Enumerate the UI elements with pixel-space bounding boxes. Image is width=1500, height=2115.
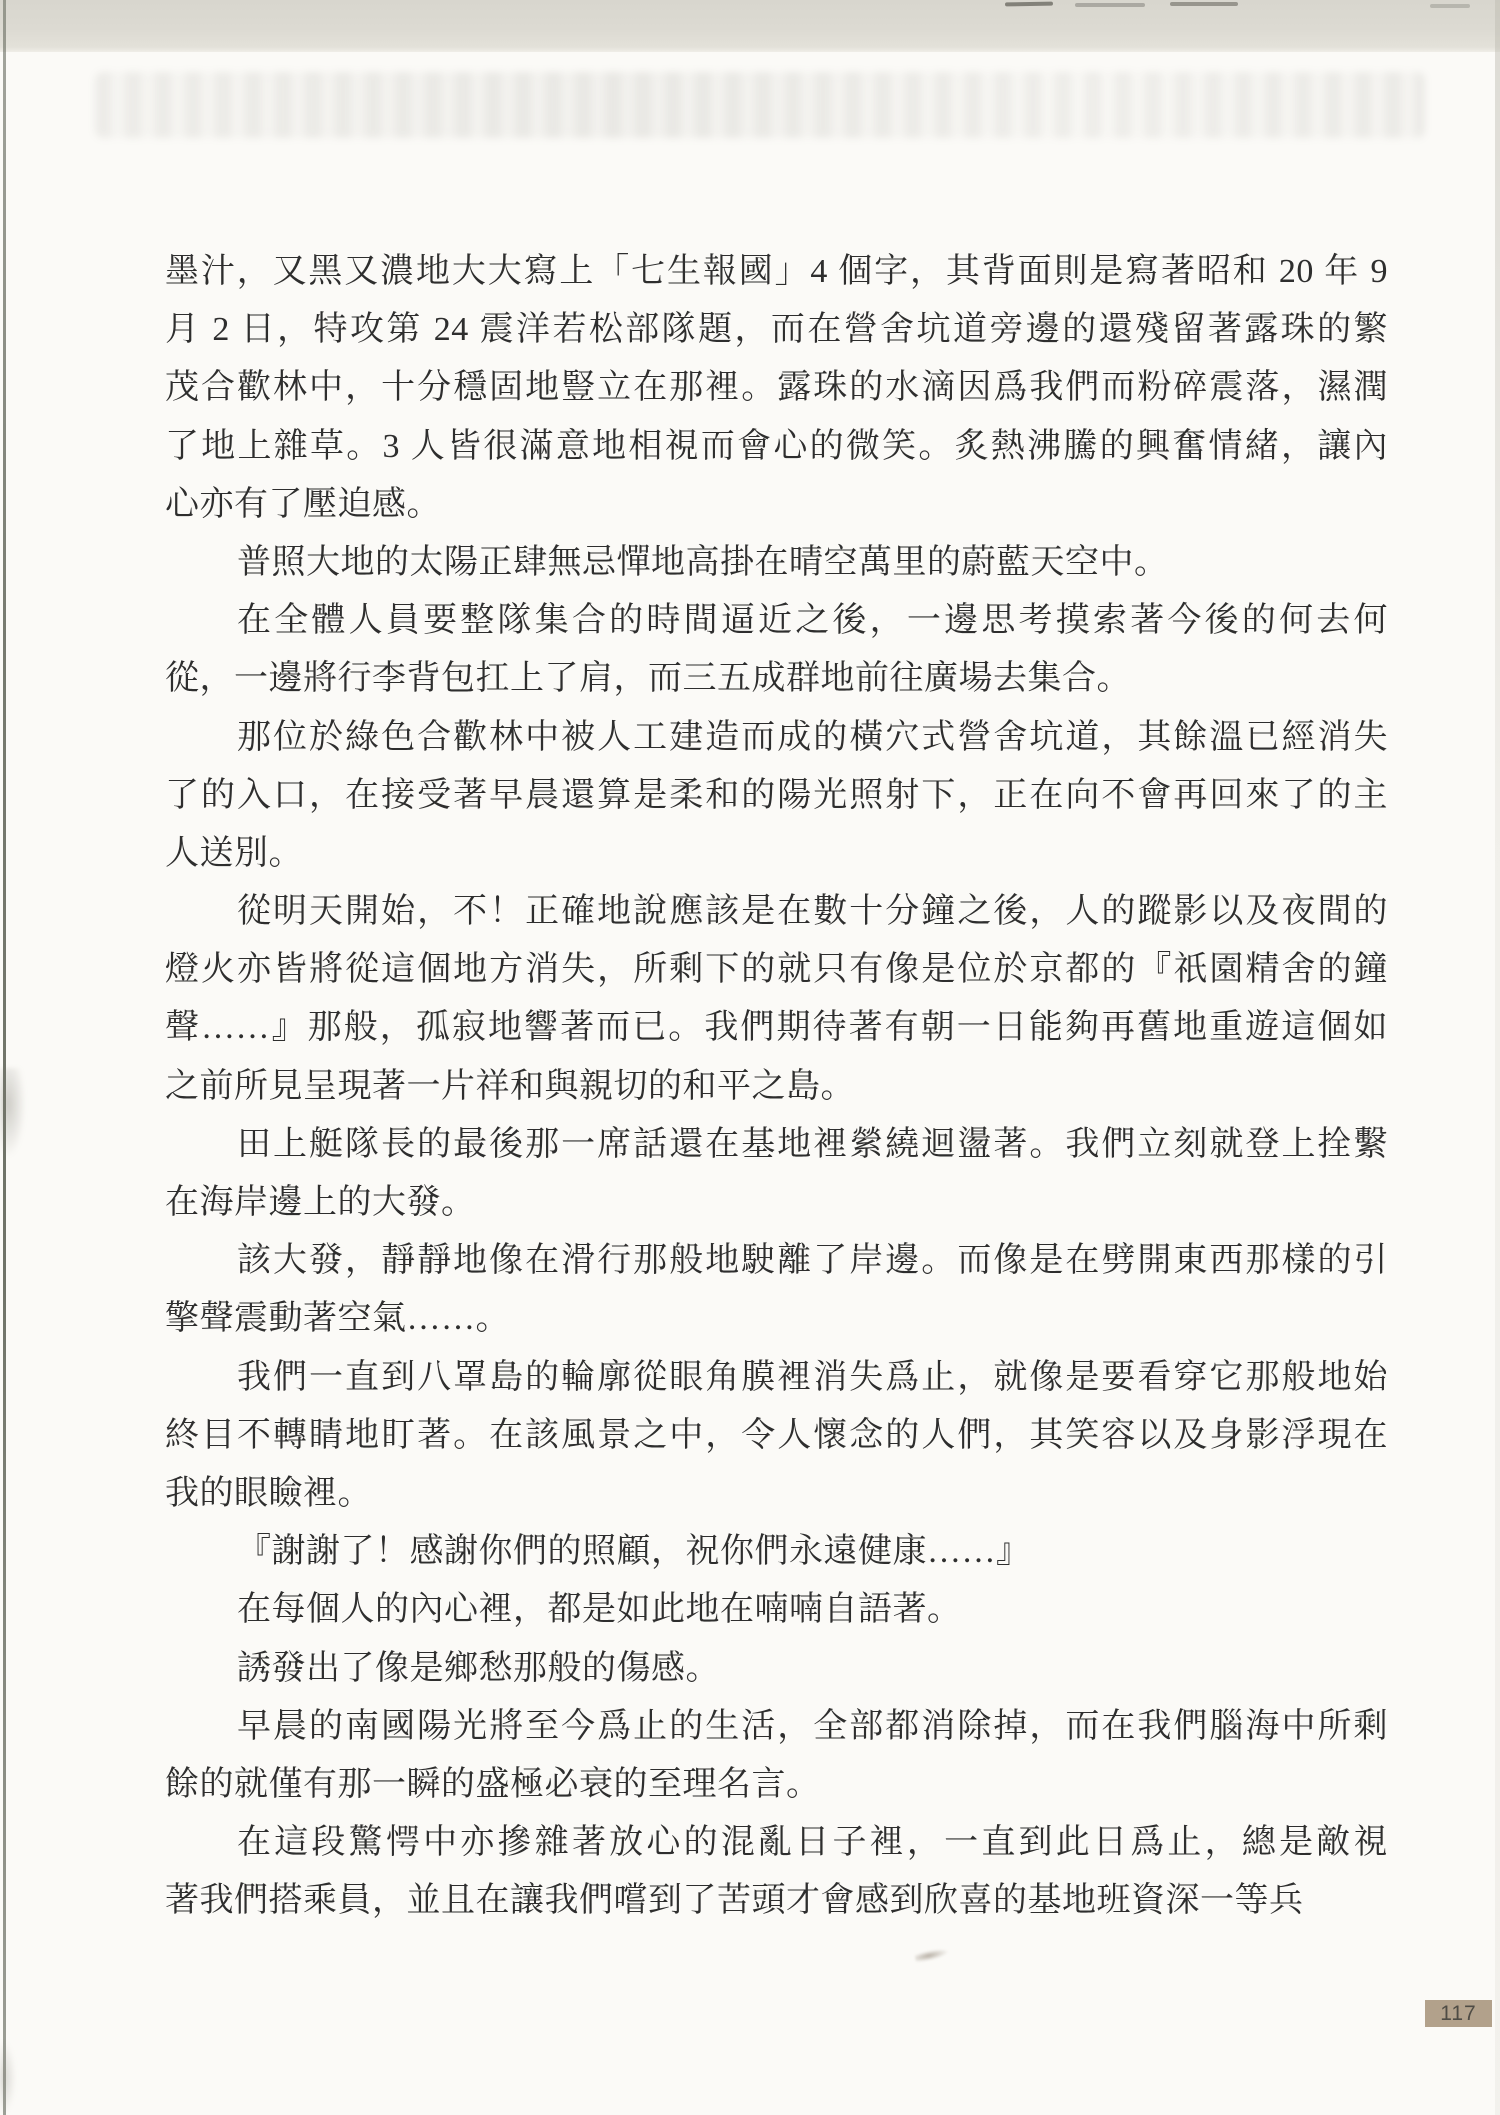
scan-artifact-dash <box>1075 3 1145 7</box>
text-line: 墨汁，又黑又濃地大大寫上「七生報國」4 個字，其背面則是寫著昭和 20 年 9 <box>165 243 1388 301</box>
text-line: 田上艇隊長的最後那一席話還在基地裡縈繞迴盪著。我們立刻就登上拴繫 <box>165 1116 1388 1174</box>
paragraph: 該大發，靜靜地像在滑行那般地駛離了岸邊。而像是在劈開東西那樣的引擎聲震動著空氣…… <box>165 1232 1388 1348</box>
paragraph: 誘發出了像是鄉愁那般的傷感。 <box>165 1640 1388 1698</box>
paragraph: 那位於綠色合歡林中被人工建造而成的橫穴式營舍坑道，其餘溫已經消失了的入口，在接受… <box>165 709 1388 884</box>
paragraph: 在這段驚愕中亦摻雜著放心的混亂日子裡，一直到此日爲止，總是敵視著我們搭乘員，並且… <box>165 1814 1388 1930</box>
page-number-badge: 117 <box>1425 2000 1492 2027</box>
text-line: 從，一邊將行李背包扛上了肩，而三五成群地前往廣場去集合。 <box>165 650 1388 708</box>
text-line: 餘的就僅有那一瞬的盛極必衰的至理名言。 <box>165 1756 1388 1814</box>
paragraph: 在每個人的內心裡，都是如此地在喃喃自語著。 <box>165 1581 1388 1639</box>
body-text-block: 墨汁，又黑又濃地大大寫上「七生報國」4 個字，其背面則是寫著昭和 20 年 9月… <box>165 243 1388 1930</box>
text-line: 聲……』那般，孤寂地響著而已。我們期待著有朝一日能夠再舊地重遊這個如 <box>165 999 1388 1057</box>
text-line: 那位於綠色合歡林中被人工建造而成的橫穴式營舍坑道，其餘溫已經消失 <box>165 709 1388 767</box>
scan-artifact-dash <box>1170 2 1238 6</box>
scan-left-edge-line <box>3 0 6 2115</box>
paragraph: 墨汁，又黑又濃地大大寫上「七生報國」4 個字，其背面則是寫著昭和 20 年 9月… <box>165 243 1388 534</box>
text-line: 早晨的南國陽光將至今爲止的生活，全部都消除掉，而在我們腦海中所剩 <box>165 1698 1388 1756</box>
text-line: 我的眼瞼裡。 <box>165 1465 1388 1523</box>
text-line: 從明天開始，不！正確地說應該是在數十分鐘之後，人的蹤影以及夜間的 <box>165 883 1388 941</box>
text-line: 了地上雜草。3 人皆很滿意地相視而會心的微笑。炙熱沸騰的興奮情緒，讓內 <box>165 418 1388 476</box>
text-line: 茂合歡林中，十分穩固地豎立在那裡。露珠的水滴因爲我們而粉碎震落，濕潤 <box>165 359 1388 417</box>
text-line: 在全體人員要整隊集合的時間逼近之後，一邊思考摸索著今後的何去何 <box>165 592 1388 650</box>
scan-smudge <box>914 1947 949 1964</box>
scanned-book-page: 墨汁，又黑又濃地大大寫上「七生報國」4 個字，其背面則是寫著昭和 20 年 9月… <box>0 0 1500 2115</box>
text-line: 月 2 日，特攻第 24 震洋若松部隊題，而在營舍坑道旁邊的還殘留著露珠的繁 <box>165 301 1388 359</box>
scan-artifact-dash <box>1430 4 1470 8</box>
scan-smudge <box>0 2040 16 2115</box>
text-line: 擎聲震動著空氣……。 <box>165 1290 1388 1348</box>
paragraph: 田上艇隊長的最後那一席話還在基地裡縈繞迴盪著。我們立刻就登上拴繫在海岸邊上的大發… <box>165 1116 1388 1232</box>
scan-right-edge <box>1495 0 1500 2115</box>
text-line: 終目不轉睛地盯著。在該風景之中，令人懷念的人們，其笑容以及身影浮現在 <box>165 1407 1388 1465</box>
text-line: 普照大地的太陽正肆無忌憚地高掛在晴空萬里的蔚藍天空中。 <box>165 534 1388 592</box>
text-line: 在每個人的內心裡，都是如此地在喃喃自語著。 <box>165 1581 1388 1639</box>
paragraph: 在全體人員要整隊集合的時間逼近之後，一邊思考摸索著今後的何去何從，一邊將行李背包… <box>165 592 1388 708</box>
text-line: 誘發出了像是鄉愁那般的傷感。 <box>165 1640 1388 1698</box>
scan-top-band <box>0 0 1500 52</box>
text-line: 在海岸邊上的大發。 <box>165 1174 1388 1232</box>
text-line: 在這段驚愕中亦摻雜著放心的混亂日子裡，一直到此日爲止，總是敵視 <box>165 1814 1388 1872</box>
paragraph: 早晨的南國陽光將至今爲止的生活，全部都消除掉，而在我們腦海中所剩餘的就僅有那一瞬… <box>165 1698 1388 1814</box>
paragraph: 從明天開始，不！正確地說應該是在數十分鐘之後，人的蹤影以及夜間的燈火亦皆將從這個… <box>165 883 1388 1116</box>
text-line: 之前所見呈現著一片祥和與親切的和平之島。 <box>165 1058 1388 1116</box>
bleed-through-ghost-text <box>95 72 1425 138</box>
text-line: 該大發，靜靜地像在滑行那般地駛離了岸邊。而像是在劈開東西那樣的引 <box>165 1232 1388 1290</box>
text-line: 了的入口，在接受著早晨還算是柔和的陽光照射下，正在向不會再回來了的主 <box>165 767 1388 825</box>
text-line: 『謝謝了！感謝你們的照顧，祝你們永遠健康……』 <box>165 1523 1388 1581</box>
paragraph: 普照大地的太陽正肆無忌憚地高掛在晴空萬里的蔚藍天空中。 <box>165 534 1388 592</box>
scan-artifact-dash <box>1005 2 1053 7</box>
scan-smudge <box>0 1068 26 1158</box>
text-line: 心亦有了壓迫感。 <box>165 476 1388 534</box>
text-line: 我們一直到八罩島的輪廓從眼角膜裡消失爲止，就像是要看穿它那般地始 <box>165 1349 1388 1407</box>
text-line: 著我們搭乘員，並且在讓我們嚐到了苦頭才會感到欣喜的基地班資深一等兵 <box>165 1872 1388 1930</box>
paragraph: 『謝謝了！感謝你們的照顧，祝你們永遠健康……』 <box>165 1523 1388 1581</box>
text-line: 燈火亦皆將從這個地方消失，所剩下的就只有像是位於京都的『祇園精舍的鐘 <box>165 941 1388 999</box>
text-line: 人送別。 <box>165 825 1388 883</box>
paragraph: 我們一直到八罩島的輪廓從眼角膜裡消失爲止，就像是要看穿它那般地始終目不轉睛地盯著… <box>165 1349 1388 1524</box>
